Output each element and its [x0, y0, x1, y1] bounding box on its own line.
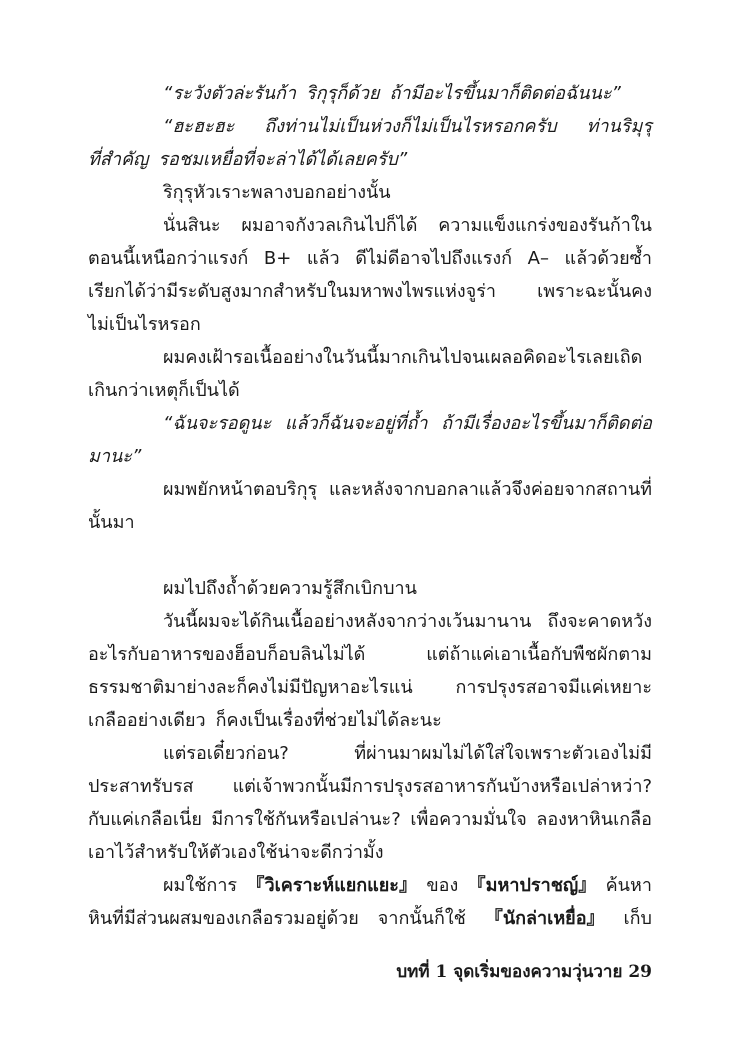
text-fragment: ผมใช้การ: [163, 869, 237, 902]
text-line: เอาไว้สำหรับให้ตัวเองใช้น่าจะดีกว่ามั้ง: [88, 836, 652, 869]
dialogue-line: ที่สำคัญรอชมเหยื่อที่จะล่าได้ได้เลยครับ”: [88, 143, 652, 176]
text-line: แต่รอเดี๋ยวก่อน?ที่ผ่านมาผมไม่ได้ใส่ใจเพ…: [88, 737, 652, 770]
text-fragment: หินที่มีส่วนผสมของเกลือรวมอยู่ด้วย: [88, 902, 359, 935]
text-line: ประสาทรับรสแต่เจ้าพวกนั้นมีการปรุงรสอาหา…: [88, 770, 652, 803]
paragraph-skill-use: ผมใช้การ『วิเคราะห์แยกแยะ』ของ『มหาปราชญ์』ค…: [88, 869, 652, 935]
text-line: เกลืออย่างเดียวก็คงเป็นเรื่องที่ช่วยไม่ไ…: [88, 704, 652, 737]
running-footer: บทที่ 1 จุดเริ่มของความวุ่นวาย 29: [88, 958, 652, 985]
text-line: ผมคงเฝ้ารอเนื้ออย่างในวันนี้มากเกินไปจนเ…: [88, 341, 652, 374]
text-fragment: จากนั้นก็ใช้: [378, 902, 466, 935]
text-line: ผมพยักหน้าตอบริกุรุและหลังจากบอกลาแล้วจึ…: [88, 473, 652, 506]
text-line: เรียกได้ว่ามีระดับสูงมากสำหรับในมหาพงไพร…: [88, 275, 652, 308]
text-line: กับแค่เกลือเนี่ยมีการใช้กันหรือเปล่านะ?เ…: [88, 803, 652, 836]
paragraph: “ระวังตัวล่ะรันก้าริกุรุก็ด้วยถ้ามีอะไรข…: [88, 77, 652, 110]
text-line: ผมไปถึงถ้ำด้วยความรู้สึกเบิกบาน: [88, 572, 652, 605]
paragraph: “ฉันจะรอดูนะแล้วก็ฉันจะอยู่ที่ถ้ำถ้ามีเร…: [88, 407, 652, 473]
text-fragment: ค้นหา: [606, 869, 652, 902]
chapter-title-page-number: บทที่ 1 จุดเริ่มของความวุ่นวาย 29: [396, 962, 652, 982]
dialogue-line: “ระวังตัวล่ะรันก้าริกุรุก็ด้วยถ้ามีอะไรข…: [88, 77, 652, 110]
text-line: วันนี้ผมจะได้กินเนื้ออย่างหลังจากว่างเว้…: [88, 605, 652, 638]
section-break: [88, 539, 652, 572]
skill-name: 『นักล่าเหยื่อ』: [485, 902, 605, 935]
text-line: นั้นมา: [88, 506, 652, 539]
skill-name: 『วิเคราะห์แยกแยะ』: [246, 869, 416, 902]
dialogue-line: มานะ”: [88, 440, 652, 473]
dialogue-line: “ฮะฮะฮะถึงท่านไม่เป็นห่วงก็ไม่เป็นไรหรอก…: [88, 110, 652, 143]
paragraph: ผมพยักหน้าตอบริกุรุและหลังจากบอกลาแล้วจึ…: [88, 473, 652, 539]
dialogue-line: “ฉันจะรอดูนะแล้วก็ฉันจะอยู่ที่ถ้ำถ้ามีเร…: [88, 407, 652, 440]
text-line: ไม่เป็นไรหรอก: [88, 308, 652, 341]
paragraph: “ฮะฮะฮะถึงท่านไม่เป็นห่วงก็ไม่เป็นไรหรอก…: [88, 110, 652, 176]
paragraph: ริกุรุหัวเราะพลางบอกอย่างนั้น: [88, 176, 652, 209]
paragraph: แต่รอเดี๋ยวก่อน?ที่ผ่านมาผมไม่ได้ใส่ใจเพ…: [88, 737, 652, 869]
text-line: ผมใช้การ『วิเคราะห์แยกแยะ』ของ『มหาปราชญ์』ค…: [88, 869, 652, 902]
book-page-body: “ระวังตัวล่ะรันก้าริกุรุก็ด้วยถ้ามีอะไรข…: [88, 77, 652, 935]
text-line: หินที่มีส่วนผสมของเกลือรวมอยู่ด้วยจากนั้…: [88, 902, 652, 935]
text-fragment: ของ: [426, 869, 458, 902]
text-fragment: เก็บ: [624, 902, 652, 935]
skill-name: 『มหาปราชญ์』: [468, 869, 597, 902]
paragraph: วันนี้ผมจะได้กินเนื้ออย่างหลังจากว่างเว้…: [88, 605, 652, 737]
paragraph: ผมไปถึงถ้ำด้วยความรู้สึกเบิกบาน: [88, 572, 652, 605]
paragraph: นั่นสินะผมอาจกังวลเกินไปก็ได้ความแข็งแกร…: [88, 209, 652, 341]
text-line: เกินกว่าเหตุก็เป็นได้: [88, 374, 652, 407]
paragraph: ผมคงเฝ้ารอเนื้ออย่างในวันนี้มากเกินไปจนเ…: [88, 341, 652, 407]
text-line: ริกุรุหัวเราะพลางบอกอย่างนั้น: [88, 176, 652, 209]
text-line: นั่นสินะผมอาจกังวลเกินไปก็ได้ความแข็งแกร…: [88, 209, 652, 242]
text-line: ธรรมชาติมาย่างละก็คงไม่มีปัญหาอะไรแน่การ…: [88, 671, 652, 704]
text-line: ตอนนี้เหนือกว่าแรงก์B+แล้วดีไม่ดีอาจไปถึ…: [88, 242, 652, 275]
text-line: อะไรกับอาหารของฮ็อบก็อบลินไม่ได้แต่ถ้าแค…: [88, 638, 652, 671]
